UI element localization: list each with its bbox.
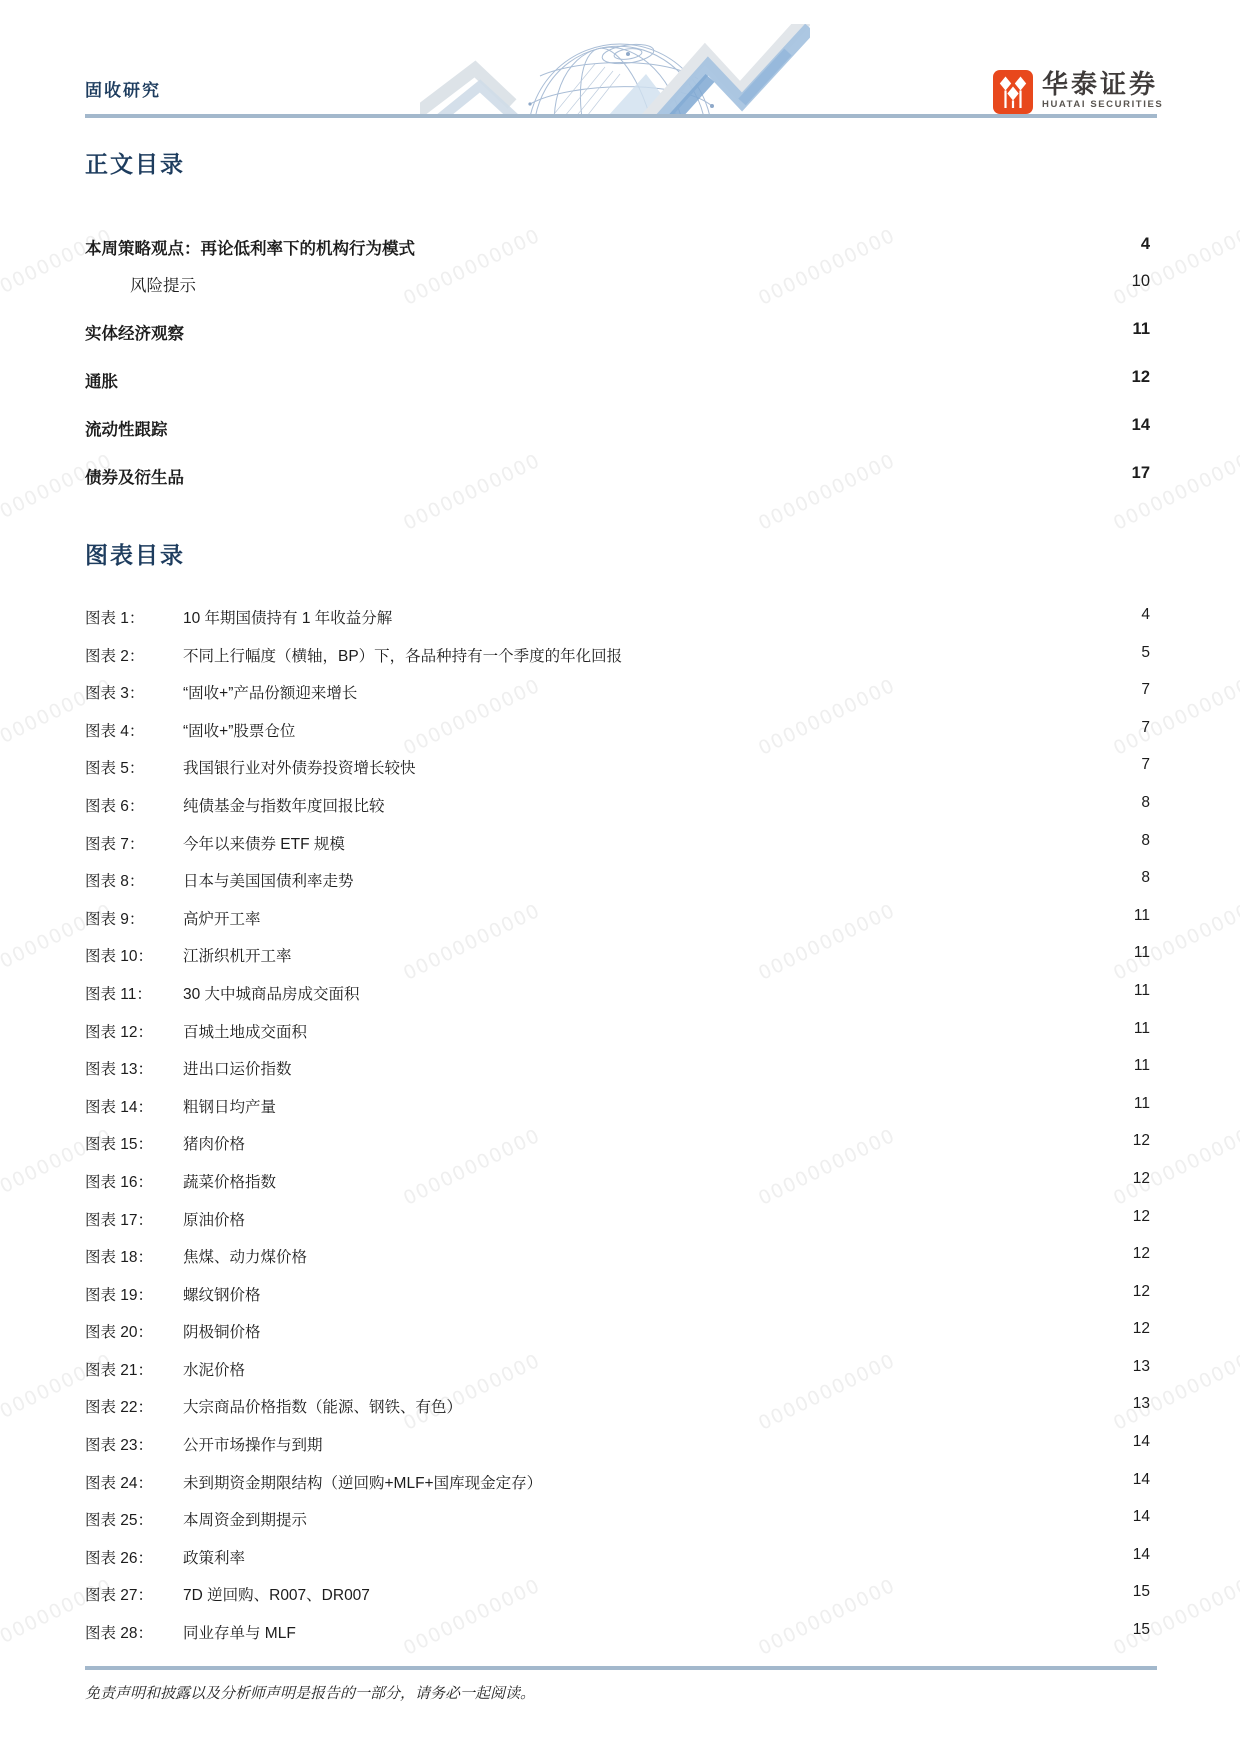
figure-entry: 图表 5：我国银行业对外债券投资增长较快7 (85, 756, 1150, 794)
figure-entry: 图表 19：螺纹钢价格12 (85, 1283, 1150, 1321)
toc-entry: 实体经济观察11 (85, 320, 1150, 368)
figure-entry-label: 图表 19： (85, 1283, 183, 1305)
toc-entry-title: 通胀 (85, 368, 118, 392)
figure-entry: 图表 6：纯债基金与指数年度回报比较8 (85, 794, 1150, 832)
figure-entry-title: 今年以来债券 ETF 规模 (183, 832, 1129, 854)
figure-entry-title: 焦煤、动力煤价格 (183, 1245, 1121, 1267)
figure-entry-page: 12 (1133, 1245, 1150, 1263)
figure-entry: 图表 24：未到期资金期限结构（逆回购+MLF+国库现金定存）14 (85, 1471, 1150, 1509)
figure-entry-title: 不同上行幅度（横轴，BP）下，各品种持有一个季度的年化回报 (183, 644, 1129, 666)
figure-entry-title: 高炉开工率 (183, 907, 1122, 929)
figure-entry: 图表 18：焦煤、动力煤价格12 (85, 1245, 1150, 1283)
figure-entry-title: 螺纹钢价格 (183, 1283, 1121, 1305)
figure-entry: 图表 13：进出口运价指数11 (85, 1057, 1150, 1095)
figure-entry-label: 图表 26： (85, 1546, 183, 1568)
toc-entry-title: 本周策略观点：再论低利率下的机构行为模式 (85, 235, 415, 259)
header-divider (85, 114, 1157, 118)
figure-entry-title: 同业存单与 MLF (183, 1621, 1121, 1643)
figure-entry-label: 图表 24： (85, 1471, 183, 1493)
toc-entry-title: 实体经济观察 (85, 320, 184, 344)
figure-entry: 图表 2：不同上行幅度（横轴，BP）下，各品种持有一个季度的年化回报5 (85, 644, 1150, 682)
figure-entry-page: 12 (1133, 1320, 1150, 1338)
figure-entry-title: “固收+”股票仓位 (183, 719, 1129, 741)
figure-entry-page: 8 (1141, 794, 1150, 812)
toc-entry-title: 流动性跟踪 (85, 416, 168, 440)
huatai-logo: 华泰证券 HUATAI SECURITIES (993, 70, 1163, 114)
figure-entry-page: 8 (1141, 869, 1150, 887)
figure-entry-title: 7D 逆回购、R007、DR007 (183, 1583, 1121, 1605)
figure-entry-title: 10 年期国债持有 1 年收益分解 (183, 606, 1129, 628)
figure-entry-label: 图表 3： (85, 681, 183, 703)
figure-entry-page: 11 (1134, 944, 1150, 962)
figure-entry-page: 12 (1133, 1170, 1150, 1188)
logo-brand-en: HUATAI SECURITIES (1042, 99, 1163, 110)
figure-entry-title: 阴极铜价格 (183, 1320, 1121, 1342)
figure-entry-page: 7 (1141, 719, 1150, 737)
figure-entry: 图表 22：大宗商品价格指数（能源、钢铁、有色）13 (85, 1395, 1150, 1433)
footer-disclaimer: 免责声明和披露以及分析师声明是报告的一部分，请务必一起阅读。 (85, 1682, 535, 1703)
figure-entry-label: 图表 17： (85, 1208, 183, 1230)
figure-entry: 图表 10：江浙织机开工率11 (85, 944, 1150, 982)
figure-entry-label: 图表 11： (85, 982, 183, 1004)
toc-entry: 风险提示10 (85, 272, 1150, 320)
figure-entry-label: 图表 22： (85, 1395, 183, 1417)
figure-entry: 图表 8：日本与美国国债利率走势8 (85, 869, 1150, 907)
figure-entry: 图表 23：公开市场操作与到期14 (85, 1433, 1150, 1471)
figure-entry-title: 蔬菜价格指数 (183, 1170, 1121, 1192)
figure-entry-label: 图表 23： (85, 1433, 183, 1455)
figure-entry-label: 图表 14： (85, 1095, 183, 1117)
figure-entry-title: 大宗商品价格指数（能源、钢铁、有色） (183, 1395, 1121, 1417)
figure-entry: 图表 11：30 大中城商品房成交面积11 (85, 982, 1150, 1020)
figure-entry-page: 7 (1141, 681, 1150, 699)
figure-entry-title: 百城土地成交面积 (183, 1020, 1122, 1042)
toc-entry-page: 10 (1132, 272, 1150, 291)
figure-entry-label: 图表 13： (85, 1057, 183, 1079)
toc-entry: 流动性跟踪14 (85, 416, 1150, 464)
figure-entry-page: 7 (1141, 756, 1150, 774)
figure-entry-label: 图表 15： (85, 1132, 183, 1154)
figure-entry-title: 纯债基金与指数年度回报比较 (183, 794, 1129, 816)
toc-entry-page: 17 (1132, 464, 1150, 483)
figure-entry-page: 11 (1134, 982, 1150, 1000)
toc-entry-title: 风险提示 (85, 272, 196, 296)
figure-entry: 图表 9：高炉开工率11 (85, 907, 1150, 945)
figure-entry: 图表 7：今年以来债券 ETF 规模8 (85, 832, 1150, 870)
report-category: 固收研究 (85, 76, 161, 101)
figure-entry-title: 本周资金到期提示 (183, 1508, 1121, 1530)
figure-entry-title: 江浙织机开工率 (183, 944, 1122, 966)
globe-decoration (420, 24, 810, 116)
figure-entry-label: 图表 4： (85, 719, 183, 741)
figure-entry-label: 图表 12： (85, 1020, 183, 1042)
figure-entry: 图表 27：7D 逆回购、R007、DR00715 (85, 1583, 1150, 1621)
figure-entry: 图表 26：政策利率14 (85, 1546, 1150, 1584)
toc-entry-page: 14 (1132, 416, 1150, 435)
figure-entry-label: 图表 9： (85, 907, 183, 929)
figure-entry-title: “固收+”产品份额迎来增长 (183, 681, 1129, 703)
figure-entry: 图表 3：“固收+”产品份额迎来增长7 (85, 681, 1150, 719)
logo-brand-cn: 华泰证券 (1042, 70, 1163, 98)
figure-entry: 图表 28：同业存单与 MLF15 (85, 1621, 1150, 1659)
figure-entry-title: 我国银行业对外债券投资增长较快 (183, 756, 1129, 778)
toc-entry-page: 12 (1132, 368, 1150, 387)
figure-entry: 图表 20：阴极铜价格12 (85, 1320, 1150, 1358)
figure-entry: 图表 15：猪肉价格12 (85, 1132, 1150, 1170)
figure-entry-page: 11 (1134, 907, 1150, 925)
figure-entry-label: 图表 25： (85, 1508, 183, 1530)
figure-entry-page: 8 (1141, 832, 1150, 850)
toc-section-title: 正文目录 (85, 146, 185, 179)
figure-entry-title: 猪肉价格 (183, 1132, 1121, 1154)
figure-entry-page: 4 (1141, 606, 1150, 624)
toc-entry-page: 11 (1133, 320, 1150, 339)
figure-entry-page: 14 (1133, 1433, 1150, 1451)
logo-text: 华泰证券 HUATAI SECURITIES (1042, 70, 1163, 110)
figure-entry: 图表 12：百城土地成交面积11 (85, 1020, 1150, 1058)
toc-entry: 本周策略观点：再论低利率下的机构行为模式4 (85, 235, 1150, 272)
figure-entry-label: 图表 27： (85, 1583, 183, 1605)
figure-entry-page: 12 (1133, 1283, 1150, 1301)
figure-entry-title: 粗钢日均产量 (183, 1095, 1122, 1117)
figure-entry-page: 11 (1134, 1095, 1150, 1113)
figure-entry: 图表 1：10 年期国债持有 1 年收益分解4 (85, 606, 1150, 644)
figure-entry: 图表 25：本周资金到期提示14 (85, 1508, 1150, 1546)
figure-entry-page: 12 (1133, 1132, 1150, 1150)
figure-entry-label: 图表 8： (85, 869, 183, 891)
figure-entry-title: 未到期资金期限结构（逆回购+MLF+国库现金定存） (183, 1471, 1121, 1493)
huatai-logo-icon (993, 70, 1033, 114)
figure-entry-page: 15 (1133, 1621, 1150, 1639)
figure-entry-page: 13 (1133, 1358, 1150, 1376)
figure-entry-title: 公开市场操作与到期 (183, 1433, 1121, 1455)
figure-entry-title: 30 大中城商品房成交面积 (183, 982, 1122, 1004)
figure-entry: 图表 21：水泥价格13 (85, 1358, 1150, 1396)
figure-entry-page: 13 (1133, 1395, 1150, 1413)
toc-entry-title: 债券及衍生品 (85, 464, 184, 488)
footer-divider (85, 1666, 1157, 1670)
report-toc-page: 0000000000000000000000000000000000000000… (0, 0, 1240, 1754)
figure-entry-title: 进出口运价指数 (183, 1057, 1122, 1079)
figure-entry: 图表 16：蔬菜价格指数12 (85, 1170, 1150, 1208)
figure-entry-label: 图表 2： (85, 644, 183, 666)
figure-entry-label: 图表 18： (85, 1245, 183, 1267)
figures-list: 图表 1：10 年期国债持有 1 年收益分解4图表 2：不同上行幅度（横轴，BP… (85, 606, 1150, 1659)
toc-entry: 通胀12 (85, 368, 1150, 416)
figure-entry-label: 图表 5： (85, 756, 183, 778)
figure-entry: 图表 4：“固收+”股票仓位7 (85, 719, 1150, 757)
toc-entry-page: 4 (1141, 235, 1150, 254)
figure-entry-page: 14 (1133, 1546, 1150, 1564)
figure-entry-title: 日本与美国国债利率走势 (183, 869, 1129, 891)
figure-entry-page: 15 (1133, 1583, 1150, 1601)
figure-entry-page: 11 (1134, 1020, 1150, 1038)
figure-entry-label: 图表 1： (85, 606, 183, 628)
figure-entry-label: 图表 6： (85, 794, 183, 816)
figure-entry-page: 14 (1133, 1471, 1150, 1489)
figure-entry-title: 水泥价格 (183, 1358, 1121, 1380)
figure-entry-page: 12 (1133, 1208, 1150, 1226)
toc-entry: 债券及衍生品17 (85, 464, 1150, 512)
figure-entry-page: 14 (1133, 1508, 1150, 1526)
figure-entry-label: 图表 16： (85, 1170, 183, 1192)
figure-entry-page: 11 (1134, 1057, 1150, 1075)
figure-entry-page: 5 (1141, 644, 1150, 662)
toc-list: 本周策略观点：再论低利率下的机构行为模式4风险提示10实体经济观察11通胀12流… (85, 235, 1150, 512)
figure-entry-label: 图表 10： (85, 944, 183, 966)
figure-entry-label: 图表 21： (85, 1358, 183, 1380)
figure-entry: 图表 14：粗钢日均产量11 (85, 1095, 1150, 1133)
figure-entry-title: 原油价格 (183, 1208, 1121, 1230)
figure-entry-label: 图表 28： (85, 1621, 183, 1643)
figure-entry-title: 政策利率 (183, 1546, 1121, 1568)
figure-entry: 图表 17：原油价格12 (85, 1208, 1150, 1246)
figure-entry-label: 图表 20： (85, 1320, 183, 1342)
figure-entry-label: 图表 7： (85, 832, 183, 854)
figures-section-title: 图表目录 (85, 537, 185, 570)
